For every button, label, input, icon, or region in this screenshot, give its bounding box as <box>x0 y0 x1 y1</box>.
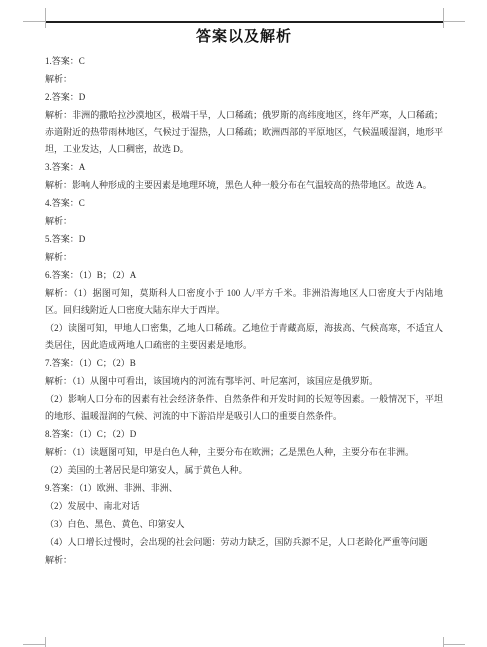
page-title: 答案以及解析 <box>45 27 443 47</box>
document-content: 答案以及解析 1.答案：C 解析： 2.答案：D 解析：非洲的撒哈拉沙漠地区，极… <box>45 27 443 570</box>
document-page: 答案以及解析 1.答案：C 解析： 2.答案：D 解析：非洲的撒哈拉沙漠地区，极… <box>0 0 487 647</box>
margin-crop-mark-top-right <box>443 21 465 22</box>
answer-line: 2.答案：D <box>45 89 443 106</box>
answer-line: 3.答案：A <box>45 159 443 176</box>
question-2: 2.答案：D 解析：非洲的撒哈拉沙漠地区，极端干旱，人口稀疏；俄罗斯的高纬度地区… <box>45 89 443 158</box>
answer-line: 4.答案：C <box>45 195 443 212</box>
answer-line: 9.答案：（1）欧洲、非洲、非洲、 <box>45 480 443 497</box>
analysis-paragraph: （4）人口增长过慢时，会出现的社会问题：劳动力缺乏，国防兵源不足，人口老龄化严重… <box>45 534 443 551</box>
analysis-paragraph: 解析： <box>45 71 443 88</box>
question-1: 1.答案：C 解析： <box>45 53 443 88</box>
analysis-paragraph: 解析：影响人种形成的主要因素是地理环境，黑色人种一般分布在气温较高的热带地区。故… <box>45 177 443 194</box>
margin-crop-mark-bottom-right <box>443 644 465 645</box>
question-3: 3.答案：A 解析：影响人种形成的主要因素是地理环境，黑色人种一般分布在气温较高… <box>45 159 443 194</box>
question-5: 5.答案：D 解析： <box>45 231 443 266</box>
question-4: 4.答案：C 解析： <box>45 195 443 230</box>
answer-line: 7.答案：（1）C；（2）B <box>45 355 443 372</box>
answer-line: 1.答案：C <box>45 53 443 70</box>
question-8: 8.答案：（1）C；（2）D 解析：（1）读题图可知，甲是白色人种，主要分布在欧… <box>45 426 443 479</box>
analysis-paragraph: 解析：（1）从图中可看出，该国境内的河流有鄂毕河、叶尼塞河，该国应是俄罗斯。 <box>45 373 443 390</box>
answer-line: 5.答案：D <box>45 231 443 248</box>
question-7: 7.答案：（1）C；（2）B 解析：（1）从图中可看出，该国境内的河流有鄂毕河、… <box>45 355 443 425</box>
analysis-paragraph: （2）读图可知，甲地人口密集，乙地人口稀疏。乙地位于青藏高原，海拔高、气候高寒，… <box>45 320 443 354</box>
analysis-paragraph: 解析：（1）据图可知，莫斯科人口密度小于 100 人/平方千米。非洲沿海地区人口… <box>45 285 443 319</box>
margin-crop-mark-top-right <box>443 8 444 28</box>
answer-line: 8.答案：（1）C；（2）D <box>45 426 443 443</box>
analysis-paragraph: 解析： <box>45 213 443 230</box>
analysis-paragraph: 解析：非洲的撒哈拉沙漠地区，极端干旱，人口稀疏；俄罗斯的高纬度地区，终年严寒，人… <box>45 107 443 158</box>
margin-crop-mark-bottom-left <box>23 644 45 645</box>
analysis-paragraph: （3）白色、黑色、黄色、印第安人 <box>45 516 443 533</box>
analysis-paragraph: （2）美国的土著居民是印第安人，属于黄色人种。 <box>45 462 443 479</box>
margin-crop-mark-top-left <box>45 8 46 28</box>
analysis-paragraph: 解析： <box>45 552 443 569</box>
analysis-paragraph: （2）影响人口分布的因素有社会经济条件、自然条件和开发时间的长短等因素。一般情况… <box>45 391 443 425</box>
question-6: 6.答案：（1）B；（2）A 解析：（1）据图可知，莫斯科人口密度小于 100 … <box>45 267 443 354</box>
margin-crop-mark-bottom-right <box>443 637 444 647</box>
header-rule <box>45 21 443 23</box>
margin-crop-mark-bottom-left <box>45 637 46 647</box>
analysis-paragraph: （2）发展中、南北对话 <box>45 498 443 515</box>
answer-line: 6.答案：（1）B；（2）A <box>45 267 443 284</box>
analysis-paragraph: 解析：（1）读题图可知，甲是白色人种，主要分布在欧洲；乙是黑色人种，主要分布在非… <box>45 444 443 461</box>
question-9: 9.答案：（1）欧洲、非洲、非洲、 （2）发展中、南北对话 （3）白色、黑色、黄… <box>45 480 443 569</box>
margin-crop-mark-top-left <box>23 21 45 22</box>
analysis-paragraph: 解析： <box>45 249 443 266</box>
